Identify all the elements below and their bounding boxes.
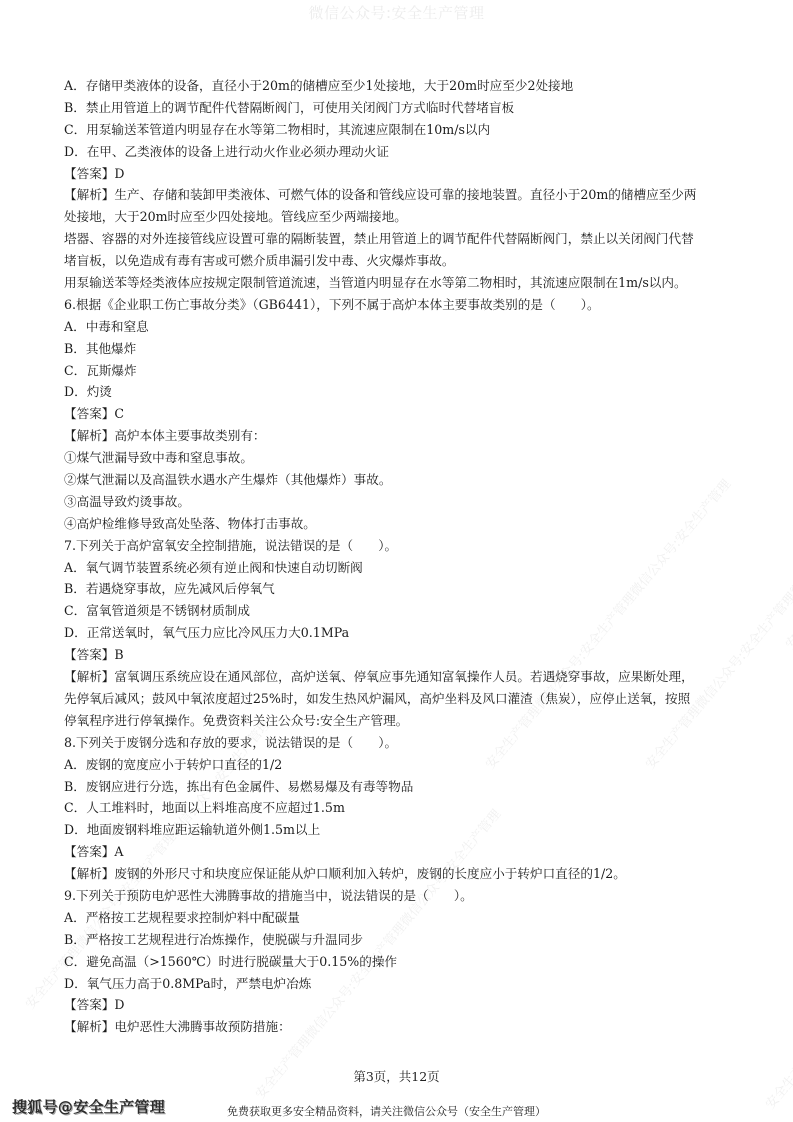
answer-line: 【答案】C — [64, 403, 729, 425]
diagonal-watermark: 安全生产管理微信公众号:安全生产管理微信公众号:安全生产管理 — [780, 354, 793, 652]
analysis-line: ②煤气泄漏以及高温铁水遇水产生爆炸（其他爆炸）事故。 — [64, 469, 729, 491]
footer-note: 免费获取更多安全精品资料，请关注微信公众号（安全生产管理） — [227, 1103, 546, 1119]
analysis-line: 【解析】废钢的外形尺寸和块度应保证能从炉口顺利加入转炉，废钢的长度应小于转炉口直… — [64, 863, 729, 885]
analysis-line: 【解析】生产、存储和装卸甲类液体、可燃气体的设备和管线应设可靠的接地装置。直径小… — [64, 184, 729, 206]
question-line: 8.下列关于废钢分选和存放的要求，说法错误的是（ ）。 — [64, 732, 729, 754]
question-line: 7.下列关于高炉富氧安全控制措施，说法错误的是（ ）。 — [64, 535, 729, 557]
option-line: A．氧气调节装置系统必须有逆止阀和快速自动切断阀 — [64, 557, 729, 579]
option-line: B．严格按工艺规程进行冶炼操作，使脱碳与升温同步 — [64, 929, 729, 951]
option-line: C．避免高温（>1560℃）时进行脱碳量大于0.15%的操作 — [64, 951, 729, 973]
option-line: D．灼烫 — [64, 381, 729, 403]
answer-line: 【答案】B — [64, 644, 729, 666]
option-line: B．禁止用管道上的调节配件代替隔断阀门，可使用关闭阀门方式临时代替堵盲板 — [64, 97, 729, 119]
option-line: B．废钢应进行分选，拣出有色金属件、易燃易爆及有毒等物品 — [64, 776, 729, 798]
option-line: B．若遇烧穿事故，应先减风后停氧气 — [64, 578, 729, 600]
analysis-line: 【解析】高炉本体主要事故类别有： — [64, 425, 729, 447]
answer-line: 【答案】A — [64, 841, 729, 863]
analysis-line: ③高温导致灼烫事故。 — [64, 491, 729, 513]
analysis-line: 塔器、容器的对外连接管线应设置可靠的隔断装置，禁止用管道上的调节配件代替隔断阀门… — [64, 228, 729, 250]
option-line: D．正常送氧时，氧气压力应比冷风压力大0.1MPa — [64, 622, 729, 644]
analysis-line: 停氧程序进行停氧操作。免费资料关注公众号:安全生产管理。 — [64, 710, 729, 732]
option-line: D．氧气压力高于0.8MPa时，严禁电炉冶炼 — [64, 973, 729, 995]
analysis-line: ①煤气泄漏导致中毒和窒息事故。 — [64, 447, 729, 469]
analysis-line: ④高炉检维修导致高处坠落、物体打击事故。 — [64, 513, 729, 535]
analysis-line: 处接地，大于20m时应至少四处接地。管线应至少两端接地。 — [64, 206, 729, 228]
page-number: 第3页，共12页 — [0, 1067, 793, 1085]
question-line: 9.下列关于预防电炉恶性大沸腾事故的措施当中，说法错误的是（ ）。 — [64, 885, 729, 907]
option-line: A．中毒和窒息 — [64, 316, 729, 338]
top-watermark: 微信公众号:安全生产管理 — [0, 2, 793, 23]
analysis-line: 堵盲板，以免造成有毒有害或可燃介质串漏引发中毒、火灾爆炸事故。 — [64, 250, 729, 272]
sohu-watermark: 搜狐号@安全生产管理 — [12, 1096, 165, 1117]
answer-line: 【答案】D — [64, 994, 729, 1016]
analysis-line: 【解析】电炉恶性大沸腾事故预防措施： — [64, 1016, 729, 1038]
option-line: A．严格按工艺规程要求控制炉料中配碳量 — [64, 907, 729, 929]
analysis-line: 先停氧后减风；鼓风中氧浓度超过25%时，如发生热风炉漏风，高炉坐料及风口灌渣（焦… — [64, 688, 729, 710]
analysis-line: 【解析】富氧调压系统应设在通风部位，高炉送氧、停氧应事先通知富氧操作人员。若遇烧… — [64, 666, 729, 688]
option-line: C．瓦斯爆炸 — [64, 360, 729, 382]
option-line: C．富氧管道须是不锈钢材质制成 — [64, 600, 729, 622]
analysis-line: 用泵输送苯等烃类液体应按规定限制管道流速，当管道内明显存在水等第二物相时，其流速… — [64, 272, 729, 294]
option-line: A．废钢的宽度应小于转炉口直径的1/2 — [64, 754, 729, 776]
option-line: C．用泵输送苯管道内明显存在水等第二物相时，其流速应限制在10m/s以内 — [64, 119, 729, 141]
answer-line: 【答案】D — [64, 163, 729, 185]
option-line: B．其他爆炸 — [64, 338, 729, 360]
question-line: 6.根据《企业职工伤亡事故分类》（GB6441），下列不属于高炉本体主要事故类别… — [64, 294, 729, 316]
option-line: D．在甲、乙类液体的设备上进行动火作业必须办理动火证 — [64, 141, 729, 163]
document-body: A．存储甲类液体的设备，直径小于20m的储槽应至少1处接地，大于20m时应至少2… — [64, 75, 729, 1038]
option-line: A．存储甲类液体的设备，直径小于20m的储槽应至少1处接地，大于20m时应至少2… — [64, 75, 729, 97]
option-line: C．人工堆料时，地面以上料堆高度不应超过1.5m — [64, 797, 729, 819]
option-line: D．地面废钢料堆应距运输轨道外侧1.5m以上 — [64, 819, 729, 841]
